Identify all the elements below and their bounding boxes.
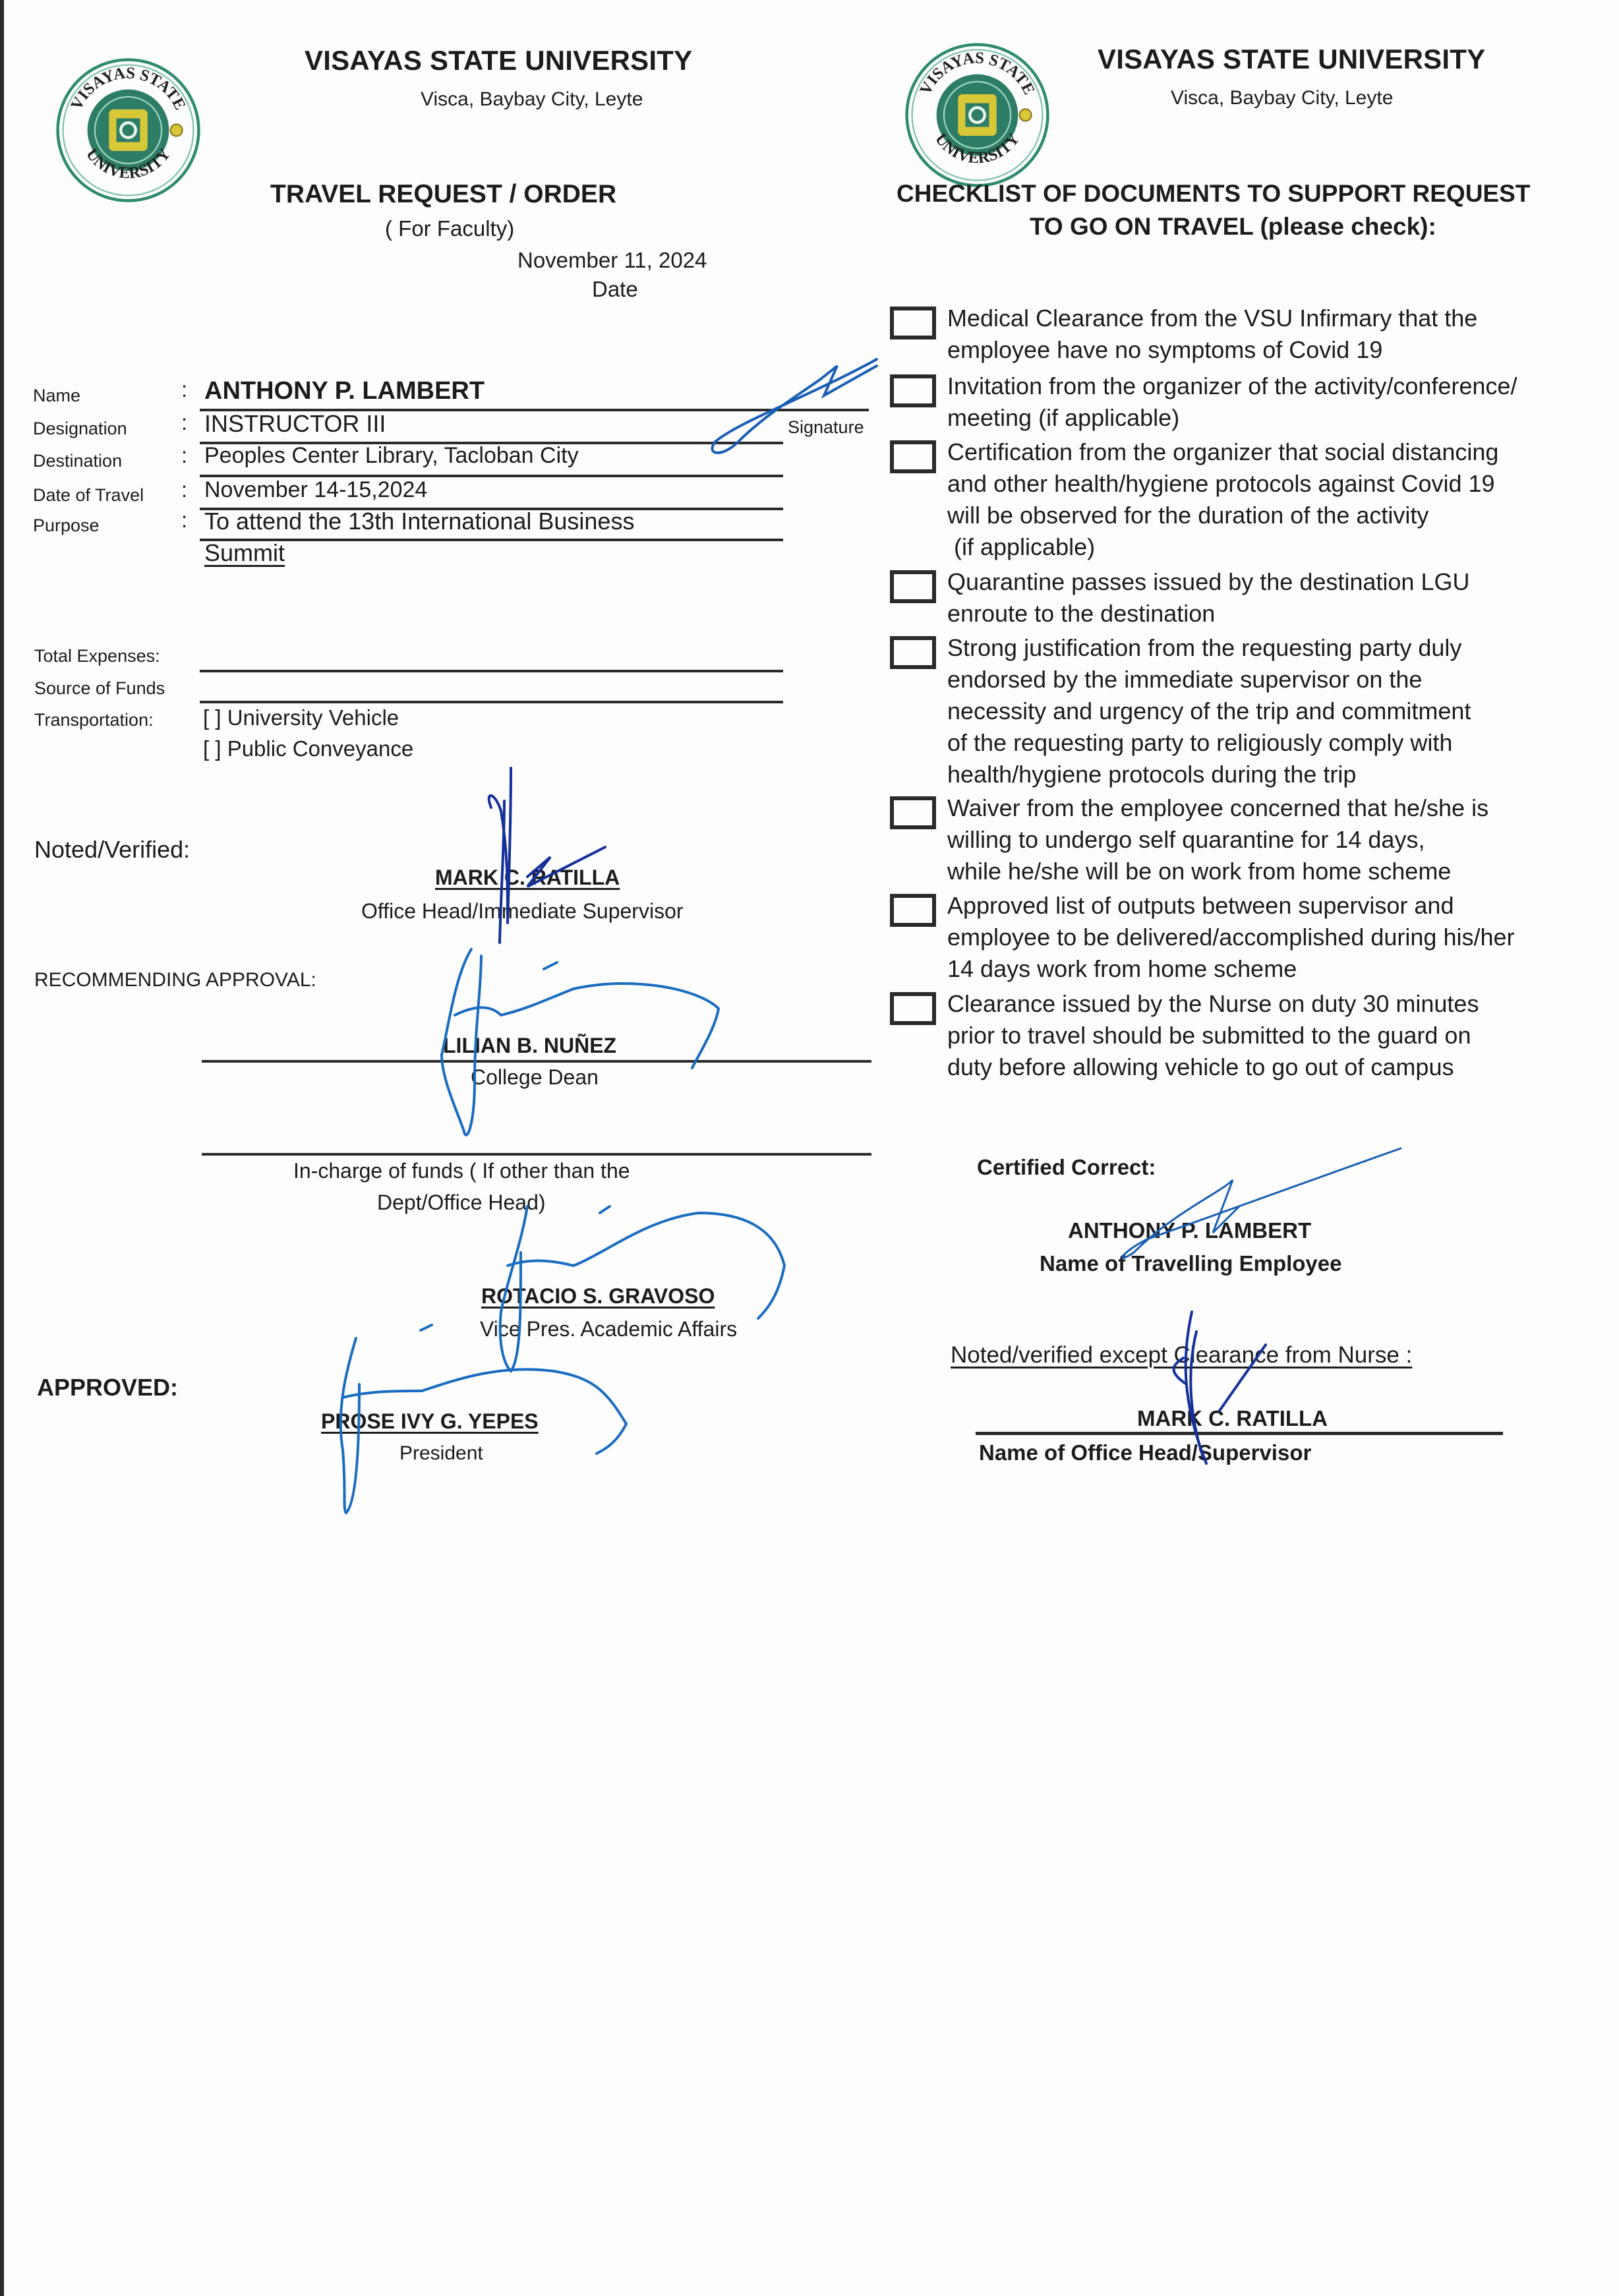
total-expenses-label: Total Expenses: <box>34 646 160 666</box>
university-address: Visca, Baybay City, Leyte <box>1171 87 1393 109</box>
checklist-item-text: employee to be delivered/accomplished du… <box>947 922 1560 953</box>
president-name: PROSE IVY G. YEPES <box>321 1409 539 1434</box>
destination-label: Destination <box>33 451 122 471</box>
checklist-item-text: meeting (if applicable) <box>947 402 1560 434</box>
checklist-checkbox[interactable] <box>890 992 936 1025</box>
purpose-field-line2[interactable]: Summit <box>204 539 285 567</box>
supervisor-role: Office Head/Immediate Supervisor <box>361 899 684 924</box>
transport-option-university-vehicle[interactable]: [ ] University Vehicle <box>203 705 399 730</box>
office-head-role: Name of Office Head/Supervisor <box>979 1440 1311 1465</box>
dean-role: College Dean <box>471 1065 599 1090</box>
checklist-item-text: enroute to the destination <box>947 598 1560 630</box>
checklist-title-line2: TO GO ON TRAVEL (please check): <box>1030 213 1436 241</box>
checklist-item-text: duty before allowing vehicle to go out o… <box>947 1051 1560 1083</box>
source-of-funds-field[interactable] <box>200 701 783 703</box>
office-head-signature-line <box>976 1432 1503 1435</box>
checklist-item-text: Clearance issued by the Nurse on duty 30… <box>947 988 1560 1020</box>
colon: : <box>181 477 187 502</box>
option-label: Public Conveyance <box>227 736 414 761</box>
noted-verified-label: Noted/Verified: <box>34 836 190 864</box>
checklist-item-text: employee have no symptoms of Covid 19 <box>947 334 1560 366</box>
approved-label: APPROVED: <box>37 1374 178 1401</box>
checklist-item-text: Waiver from the employee concerned that … <box>947 792 1560 824</box>
colon: : <box>181 508 187 533</box>
transport-option-public-conveyance[interactable]: [ ] Public Conveyance <box>203 736 413 761</box>
checklist-checkbox[interactable] <box>890 894 936 927</box>
colon: : <box>181 443 187 468</box>
option-label: University Vehicle <box>227 705 399 730</box>
form-title: TRAVEL REQUEST / ORDER <box>270 180 616 209</box>
checklist-item-text: prior to travel should be submitted to t… <box>947 1020 1560 1051</box>
checklist-item-text: Strong justification from the requesting… <box>947 632 1560 664</box>
date-label: Date <box>592 277 638 302</box>
funds-signature-line <box>202 1153 871 1156</box>
checklist-item-text: health/hygiene protocols during the trip <box>947 759 1560 790</box>
form-subtitle: ( For Faculty) <box>385 216 514 241</box>
checklist-item-text: willing to undergo self quarantine for 1… <box>947 824 1560 856</box>
supervisor-name: MARK C. RATILLA <box>435 866 620 890</box>
university-name: VISAYAS STATE UNIVERSITY <box>1098 44 1485 75</box>
dean-signature-line <box>202 1060 871 1063</box>
university-address: Visca, Baybay City, Leyte <box>421 88 643 111</box>
checklist-checkbox[interactable] <box>890 374 936 407</box>
university-name: VISAYAS STATE UNIVERSITY <box>305 45 692 76</box>
checklist-item-text: Certification from the organizer that so… <box>947 436 1560 468</box>
checklist-checkbox[interactable] <box>890 307 936 339</box>
university-seal-icon: VISAYAS STATE UNIVERSITY <box>903 41 1051 189</box>
signature-label: Signature <box>788 417 864 438</box>
purpose-field-line1[interactable]: To attend the 13th International Busines… <box>204 508 634 535</box>
checklist-item-text: will be observed for the duration of the… <box>947 500 1560 531</box>
checklist-checkbox[interactable] <box>890 570 936 603</box>
purpose-label: Purpose <box>33 515 100 536</box>
checklist-item-text: of the requesting party to religiously c… <box>947 727 1560 759</box>
request-date: November 11, 2024 <box>517 248 707 273</box>
name-field[interactable]: ANTHONY P. LAMBERT <box>204 377 485 405</box>
president-role: President <box>399 1442 483 1465</box>
colon: : <box>181 377 187 402</box>
designation-field[interactable]: INSTRUCTOR III <box>204 410 386 438</box>
date-of-travel-label: Date of Travel <box>33 485 144 506</box>
scan-edge <box>0 0 4 2296</box>
checklist-item-text: (if applicable) <box>947 531 1560 563</box>
transportation-label: Transportation: <box>34 710 154 730</box>
checklist-item-text: while he/she will be on work from home s… <box>947 856 1560 887</box>
office-head-name: MARK C. RATILLA <box>1137 1406 1328 1431</box>
vp-name: ROTACIO S. GRAVOSO <box>481 1284 715 1309</box>
name-label: Name <box>33 386 80 406</box>
checkbox-bracket[interactable]: [ ] <box>203 705 221 730</box>
funds-role-line1: In-charge of funds ( If other than the <box>293 1159 630 1183</box>
checklist-item-text: Approved list of outputs between supervi… <box>947 890 1560 922</box>
funds-role-line2: Dept/Office Head) <box>377 1191 546 1215</box>
university-seal-icon: VISAYAS STATE UNIVERSITY <box>54 56 202 204</box>
checklist-item-text: and other health/hygiene protocols again… <box>947 468 1560 500</box>
checklist-item-text: endorsed by the immediate supervisor on … <box>947 664 1560 695</box>
checklist-item-text: Quarantine passes issued by the destinat… <box>947 566 1560 598</box>
designation-label: Designation <box>33 419 127 439</box>
destination-field[interactable]: Peoples Center Library, Tacloban City <box>204 443 579 469</box>
colon: : <box>181 410 187 435</box>
checklist-item-text: 14 days work from home scheme <box>947 953 1560 985</box>
checkbox-bracket[interactable]: [ ] <box>203 736 221 761</box>
checklist-item-text: Medical Clearance from the VSU Infirmary… <box>947 303 1560 334</box>
date-of-travel-field[interactable]: November 14-15,2024 <box>204 477 427 503</box>
total-expenses-field[interactable] <box>200 670 783 672</box>
employee-role: Name of Travelling Employee <box>1040 1251 1342 1276</box>
checklist-item-text: Invitation from the organizer of the act… <box>947 370 1560 402</box>
source-of-funds-label: Source of Funds <box>34 678 165 699</box>
checklist-checkbox[interactable] <box>890 796 936 829</box>
checklist-item-text: necessity and urgency of the trip and co… <box>947 695 1560 727</box>
checklist-title-line1: CHECKLIST OF DOCUMENTS TO SUPPORT REQUES… <box>897 180 1530 208</box>
vp-role: Vice Pres. Academic Affairs <box>480 1317 737 1341</box>
dean-name: LILIAN B. NUÑEZ <box>443 1034 616 1058</box>
checklist-checkbox[interactable] <box>890 440 936 473</box>
checklist-checkbox[interactable] <box>890 636 936 669</box>
applicant-signature-icon <box>712 359 877 453</box>
certified-correct-label: Certified Correct: <box>977 1155 1156 1180</box>
employee-name: ANTHONY P. LAMBERT <box>1068 1218 1311 1243</box>
purpose-underline <box>200 539 783 541</box>
recommending-approval-label: RECOMMENDING APPROVAL: <box>34 969 316 991</box>
noted-except-label: Noted/verified except Clearance from Nur… <box>951 1342 1412 1369</box>
